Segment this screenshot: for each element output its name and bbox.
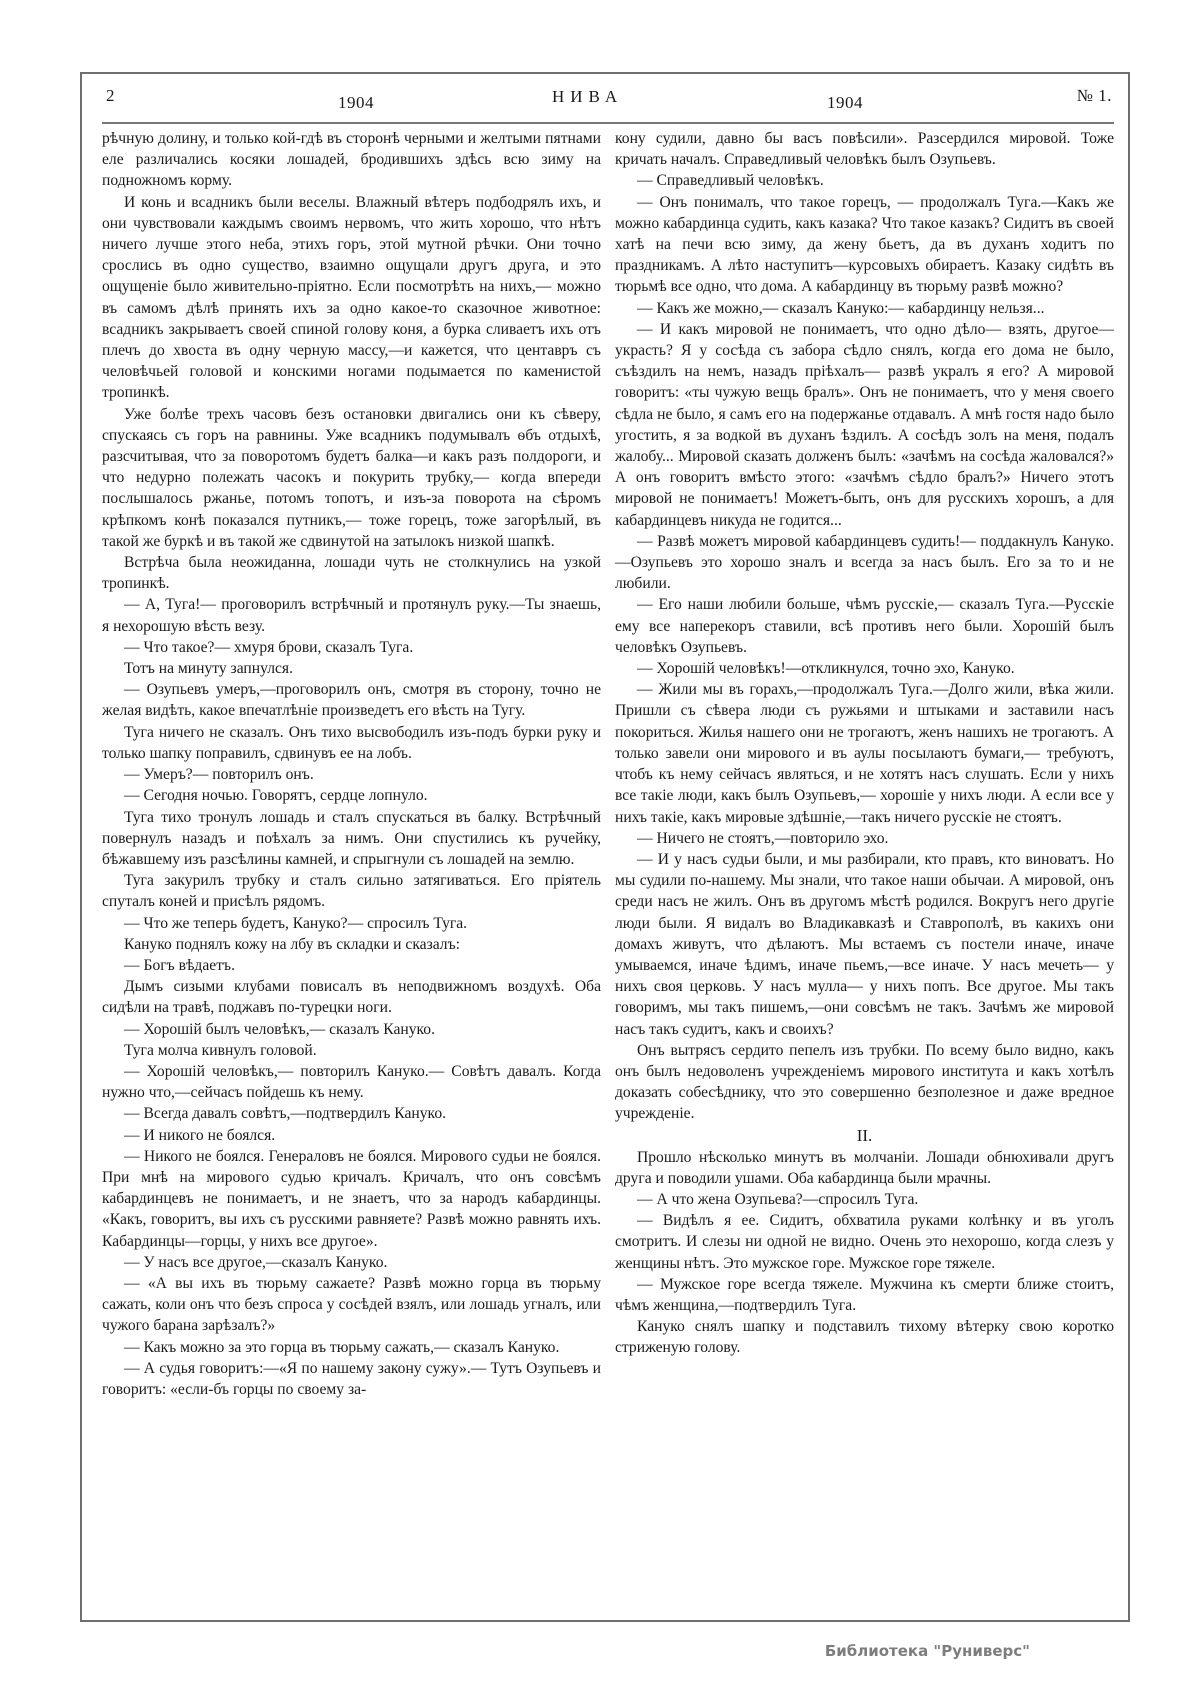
paragraph: — А, Туга!— проговорилъ встрѣчный и прот… [102, 594, 601, 636]
paragraph: — «А вы ихъ въ тюрьму сажаете? Развѣ мож… [102, 1273, 601, 1337]
paragraph: Туга тихо тронулъ лошадь и сталъ спускат… [102, 807, 601, 871]
library-watermark: Библиотека "Руниверс" [825, 1642, 1030, 1660]
text-columns: рѣчную долину, и только кой-гдѣ въ сторо… [102, 128, 1114, 1580]
paragraph: Прошло нѣсколько минутъ въ молчаніи. Лош… [615, 1147, 1114, 1189]
paragraph: Туга ничего не сказалъ. Онъ тихо высвобо… [102, 722, 601, 764]
column-left: рѣчную долину, и только кой-гдѣ въ сторо… [102, 128, 601, 1580]
page-number: 2 [106, 86, 115, 106]
paragraph: — А судья говоритъ:—«Я по нашему закону … [102, 1358, 601, 1400]
paragraph: — Справедливый человѣкъ. [615, 170, 1114, 191]
paragraph: — И никого не боялся. [102, 1125, 601, 1146]
paragraph: кону судили, давно бы васъ повѣсили». Ра… [615, 128, 1114, 170]
paragraph: — Ничего не стоятъ,—повторило эхо. [615, 828, 1114, 849]
paragraph: Кануко поднялъ кожу на лбу въ складки и … [102, 934, 601, 955]
paragraph: — Развѣ можетъ мировой кабардинцевъ суди… [615, 531, 1114, 595]
paragraph: — Видѣлъ я ее. Сидитъ, обхватила руками … [615, 1210, 1114, 1274]
header-year-left: 1904 [338, 93, 374, 113]
paragraph: Туга закурилъ трубку и сталъ сильно затя… [102, 870, 601, 912]
paragraph: Уже болѣе трехъ часовъ безъ остановки дв… [102, 404, 601, 552]
paragraph: — И какъ мировой не понимаетъ, что одно … [615, 319, 1114, 531]
column-right: кону судили, давно бы васъ повѣсили». Ра… [615, 128, 1114, 1580]
paragraph: — Всегда давалъ совѣтъ,—подтвердилъ Кану… [102, 1103, 601, 1124]
paragraph: — Хорошій человѣкъ,— повторилъ Кануко.— … [102, 1061, 601, 1103]
paragraph: — Какъ же можно,— сказалъ Кануко:— кабар… [615, 298, 1114, 319]
paragraph: — Богъ вѣдаетъ. [102, 955, 601, 976]
paragraph: — И у насъ судьи были, и мы разбирали, к… [615, 849, 1114, 1040]
paragraph: — Сегодня ночью. Говорятъ, сердце лопнул… [102, 785, 601, 806]
magazine-title: НИВА [552, 87, 623, 107]
paragraph: Кануко снялъ шапку и подставилъ тихому в… [615, 1316, 1114, 1358]
paragraph: — А что жена Озупьева?—спросилъ Туга. [615, 1189, 1114, 1210]
paragraph: — У насъ все другое,—сказалъ Кануко. [102, 1252, 601, 1273]
paragraph: — Умеръ?— повторилъ онъ. [102, 764, 601, 785]
paragraph: Туга молча кивнулъ головой. [102, 1040, 601, 1061]
paragraph: рѣчную долину, и только кой-гдѣ въ сторо… [102, 128, 601, 192]
paragraph: Тотъ на минуту запнулся. [102, 658, 601, 679]
paragraph: И конь и всадникъ были веселы. Влажный в… [102, 192, 601, 404]
paragraph: Онъ вытрясъ сердито пепелъ изъ трубки. П… [615, 1040, 1114, 1125]
paragraph: — Что такое?— хмуря брови, сказалъ Туга. [102, 637, 601, 658]
paragraph: Дымъ сизыми клубами повисалъ въ неподвиж… [102, 976, 601, 1018]
paragraph: — Хорошій былъ человѣкъ,— сказалъ Кануко… [102, 1019, 601, 1040]
paragraph: — Мужское горе всегда тяжеле. Мужчина къ… [615, 1274, 1114, 1316]
section-heading: II. [615, 1125, 1114, 1147]
paragraph: — Онъ понималъ, что такое горецъ, — прод… [615, 192, 1114, 298]
paragraph: — Его наши любили больше, чѣмъ русскіе,—… [615, 594, 1114, 658]
issue-number: № 1. [1077, 86, 1112, 106]
paragraph: — Что же теперь будетъ, Кануко?— спросил… [102, 913, 601, 934]
page-frame: 2 1904 НИВА 1904 № 1. рѣчную долину, и т… [80, 72, 1130, 1622]
paragraph: Встрѣча была неожиданна, лошади чуть не … [102, 552, 601, 594]
header-year-right: 1904 [827, 93, 863, 113]
paragraph: — Какъ можно за это горца въ тюрьму сажа… [102, 1337, 601, 1358]
paragraph: — Жили мы въ горахъ,—продолжалъ Туга.—До… [615, 679, 1114, 827]
paragraph: — Хорошій человѣкъ!—откликнулся, точно э… [615, 658, 1114, 679]
paragraph: — Никого не боялся. Генераловъ не боялся… [102, 1146, 601, 1252]
paragraph: — Озупьевъ умеръ,—проговорилъ онъ, смотр… [102, 679, 601, 721]
page-header: 2 1904 НИВА 1904 № 1. [82, 74, 1128, 122]
header-rule [102, 122, 1114, 124]
